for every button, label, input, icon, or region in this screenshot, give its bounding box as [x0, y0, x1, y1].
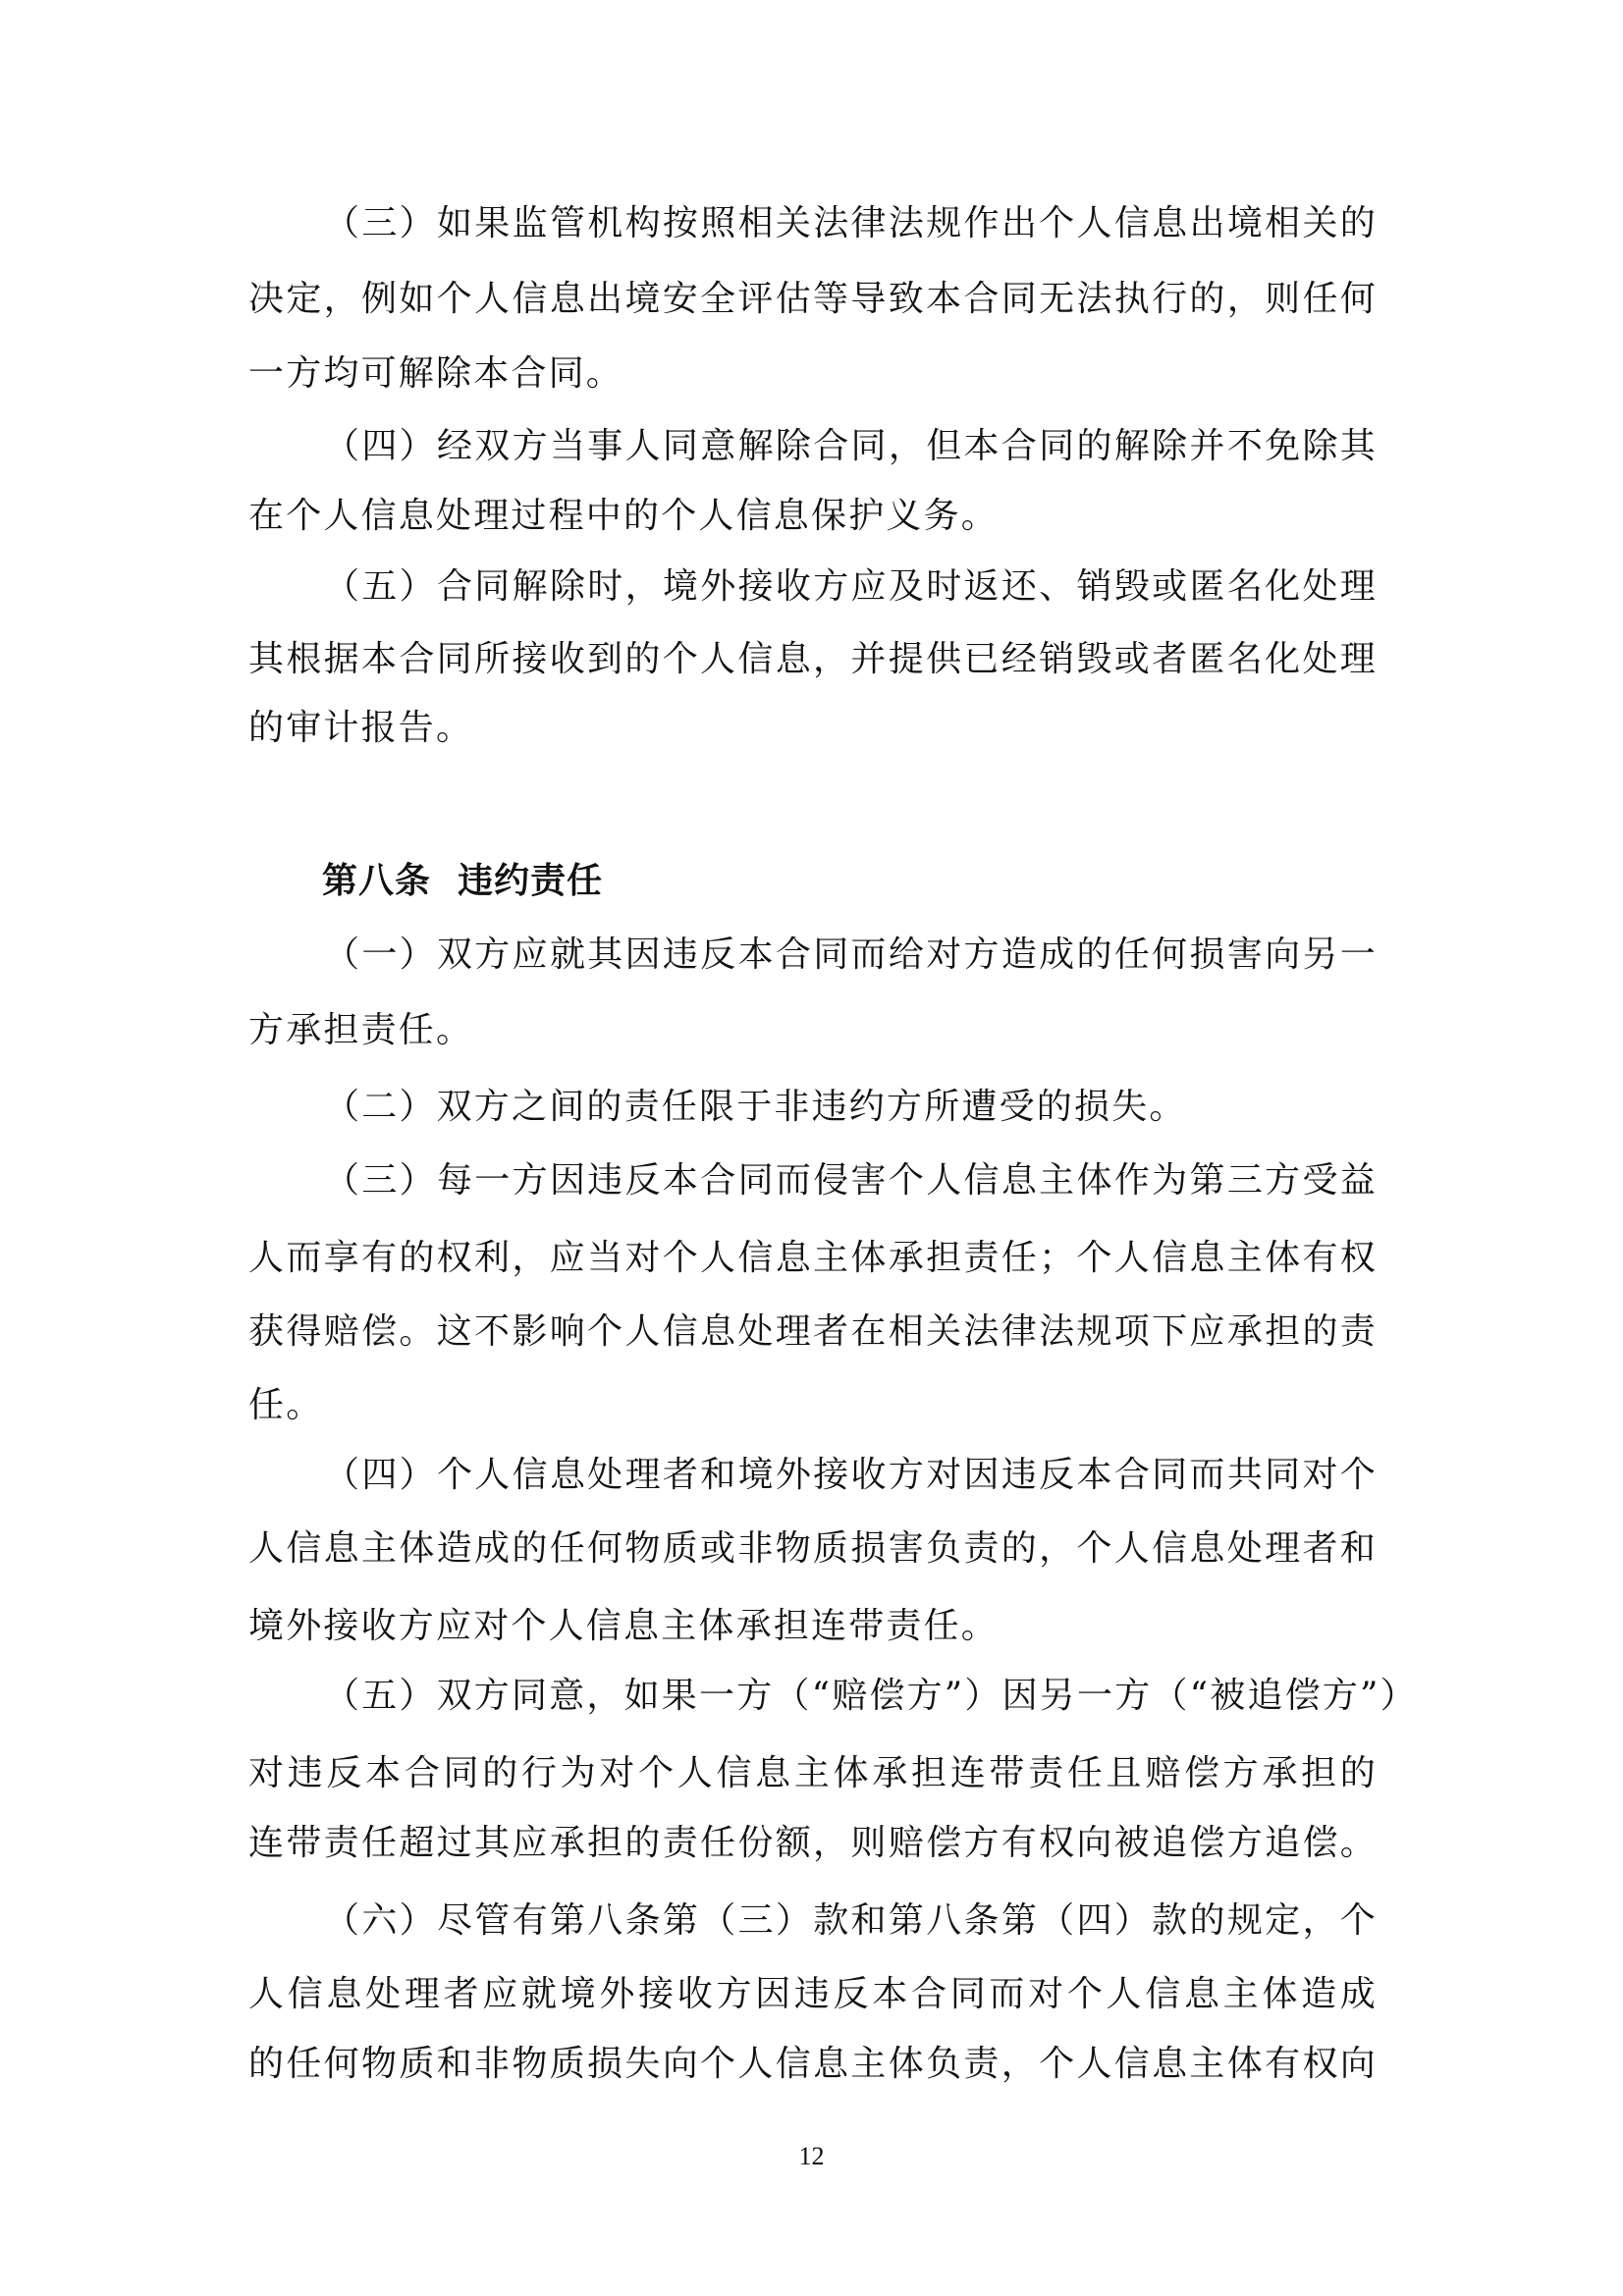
paragraph-line: 的审计报告。	[248, 692, 1378, 765]
paragraph-line: （五）双方同意，如果一方（“赔偿方”）因另一方（“被追偿方”）	[324, 1660, 1378, 1733]
paragraph-line: （六）尽管有第八条第（三）款和第八条第（四）款的规定，个	[324, 1885, 1378, 1957]
paragraph-line: 人信息处理者应就境外接收方因违反本合同而对个人信息主体造成	[248, 1958, 1378, 2031]
paragraph-line: 连带责任超过其应承担的责任份额，则赔偿方有权向被追偿方追偿。	[248, 1807, 1378, 1880]
paragraph-line: 人信息主体造成的任何物质或非物质损害负责的，个人信息处理者和	[248, 1513, 1378, 1585]
paragraph-line: 人而享有的权利，应当对个人信息主体承担责任；个人信息主体有权	[248, 1222, 1378, 1295]
paragraph-line: 在个人信息处理过程中的个人信息保护义务。	[248, 480, 1378, 553]
paragraph-line: （四）个人信息处理者和境外接收方对因违反本合同而共同对个	[324, 1439, 1378, 1512]
document-page: （三）如果监管机构按照相关法律法规作出个人信息出境相关的 决定，例如个人信息出境…	[0, 0, 1623, 2296]
paragraph-line: （五）合同解除时，境外接收方应及时返还、销毁或匿名化处理	[324, 551, 1378, 623]
paragraph-line: 的任何物质和非物质损失向个人信息主体负责，个人信息主体有权向	[248, 2028, 1378, 2101]
paragraph-line: 获得赔偿。这不影响个人信息处理者在相关法律法规项下应承担的责	[248, 1296, 1378, 1368]
paragraph-line: 对违反本合同的行为对个人信息主体承担连带责任且赔偿方承担的	[248, 1737, 1378, 1810]
article-heading: 第八条 违约责任	[322, 845, 603, 918]
paragraph-line: （三）每一方因违反本合同而侵害个人信息主体作为第三方受益	[324, 1145, 1378, 1217]
paragraph-line: （一）双方应就其因违反本合同而给对方造成的任何损害向另一	[324, 919, 1378, 991]
paragraph-line: 一方均可解除本合同。	[248, 338, 1378, 410]
page-number: 12	[0, 2140, 1623, 2173]
paragraph-line: 任。	[248, 1369, 1378, 1442]
paragraph-line: （三）如果监管机构按照相关法律法规作出个人信息出境相关的	[324, 187, 1378, 260]
paragraph-line: 其根据本合同所接收到的个人信息，并提供已经销毁或者匿名化处理	[248, 623, 1378, 696]
paragraph-line: 方承担责任。	[248, 994, 1378, 1067]
paragraph-line: （二）双方之间的责任限于非违约方所遭受的损失。	[324, 1071, 1378, 1144]
paragraph-line: 境外接收方应对个人信息主体承担连带责任。	[248, 1590, 1378, 1663]
paragraph-line: 决定，例如个人信息出境安全评估等导致本合同无法执行的，则任何	[248, 263, 1378, 336]
paragraph-line: （四）经双方当事人同意解除合同，但本合同的解除并不免除其	[324, 410, 1378, 483]
